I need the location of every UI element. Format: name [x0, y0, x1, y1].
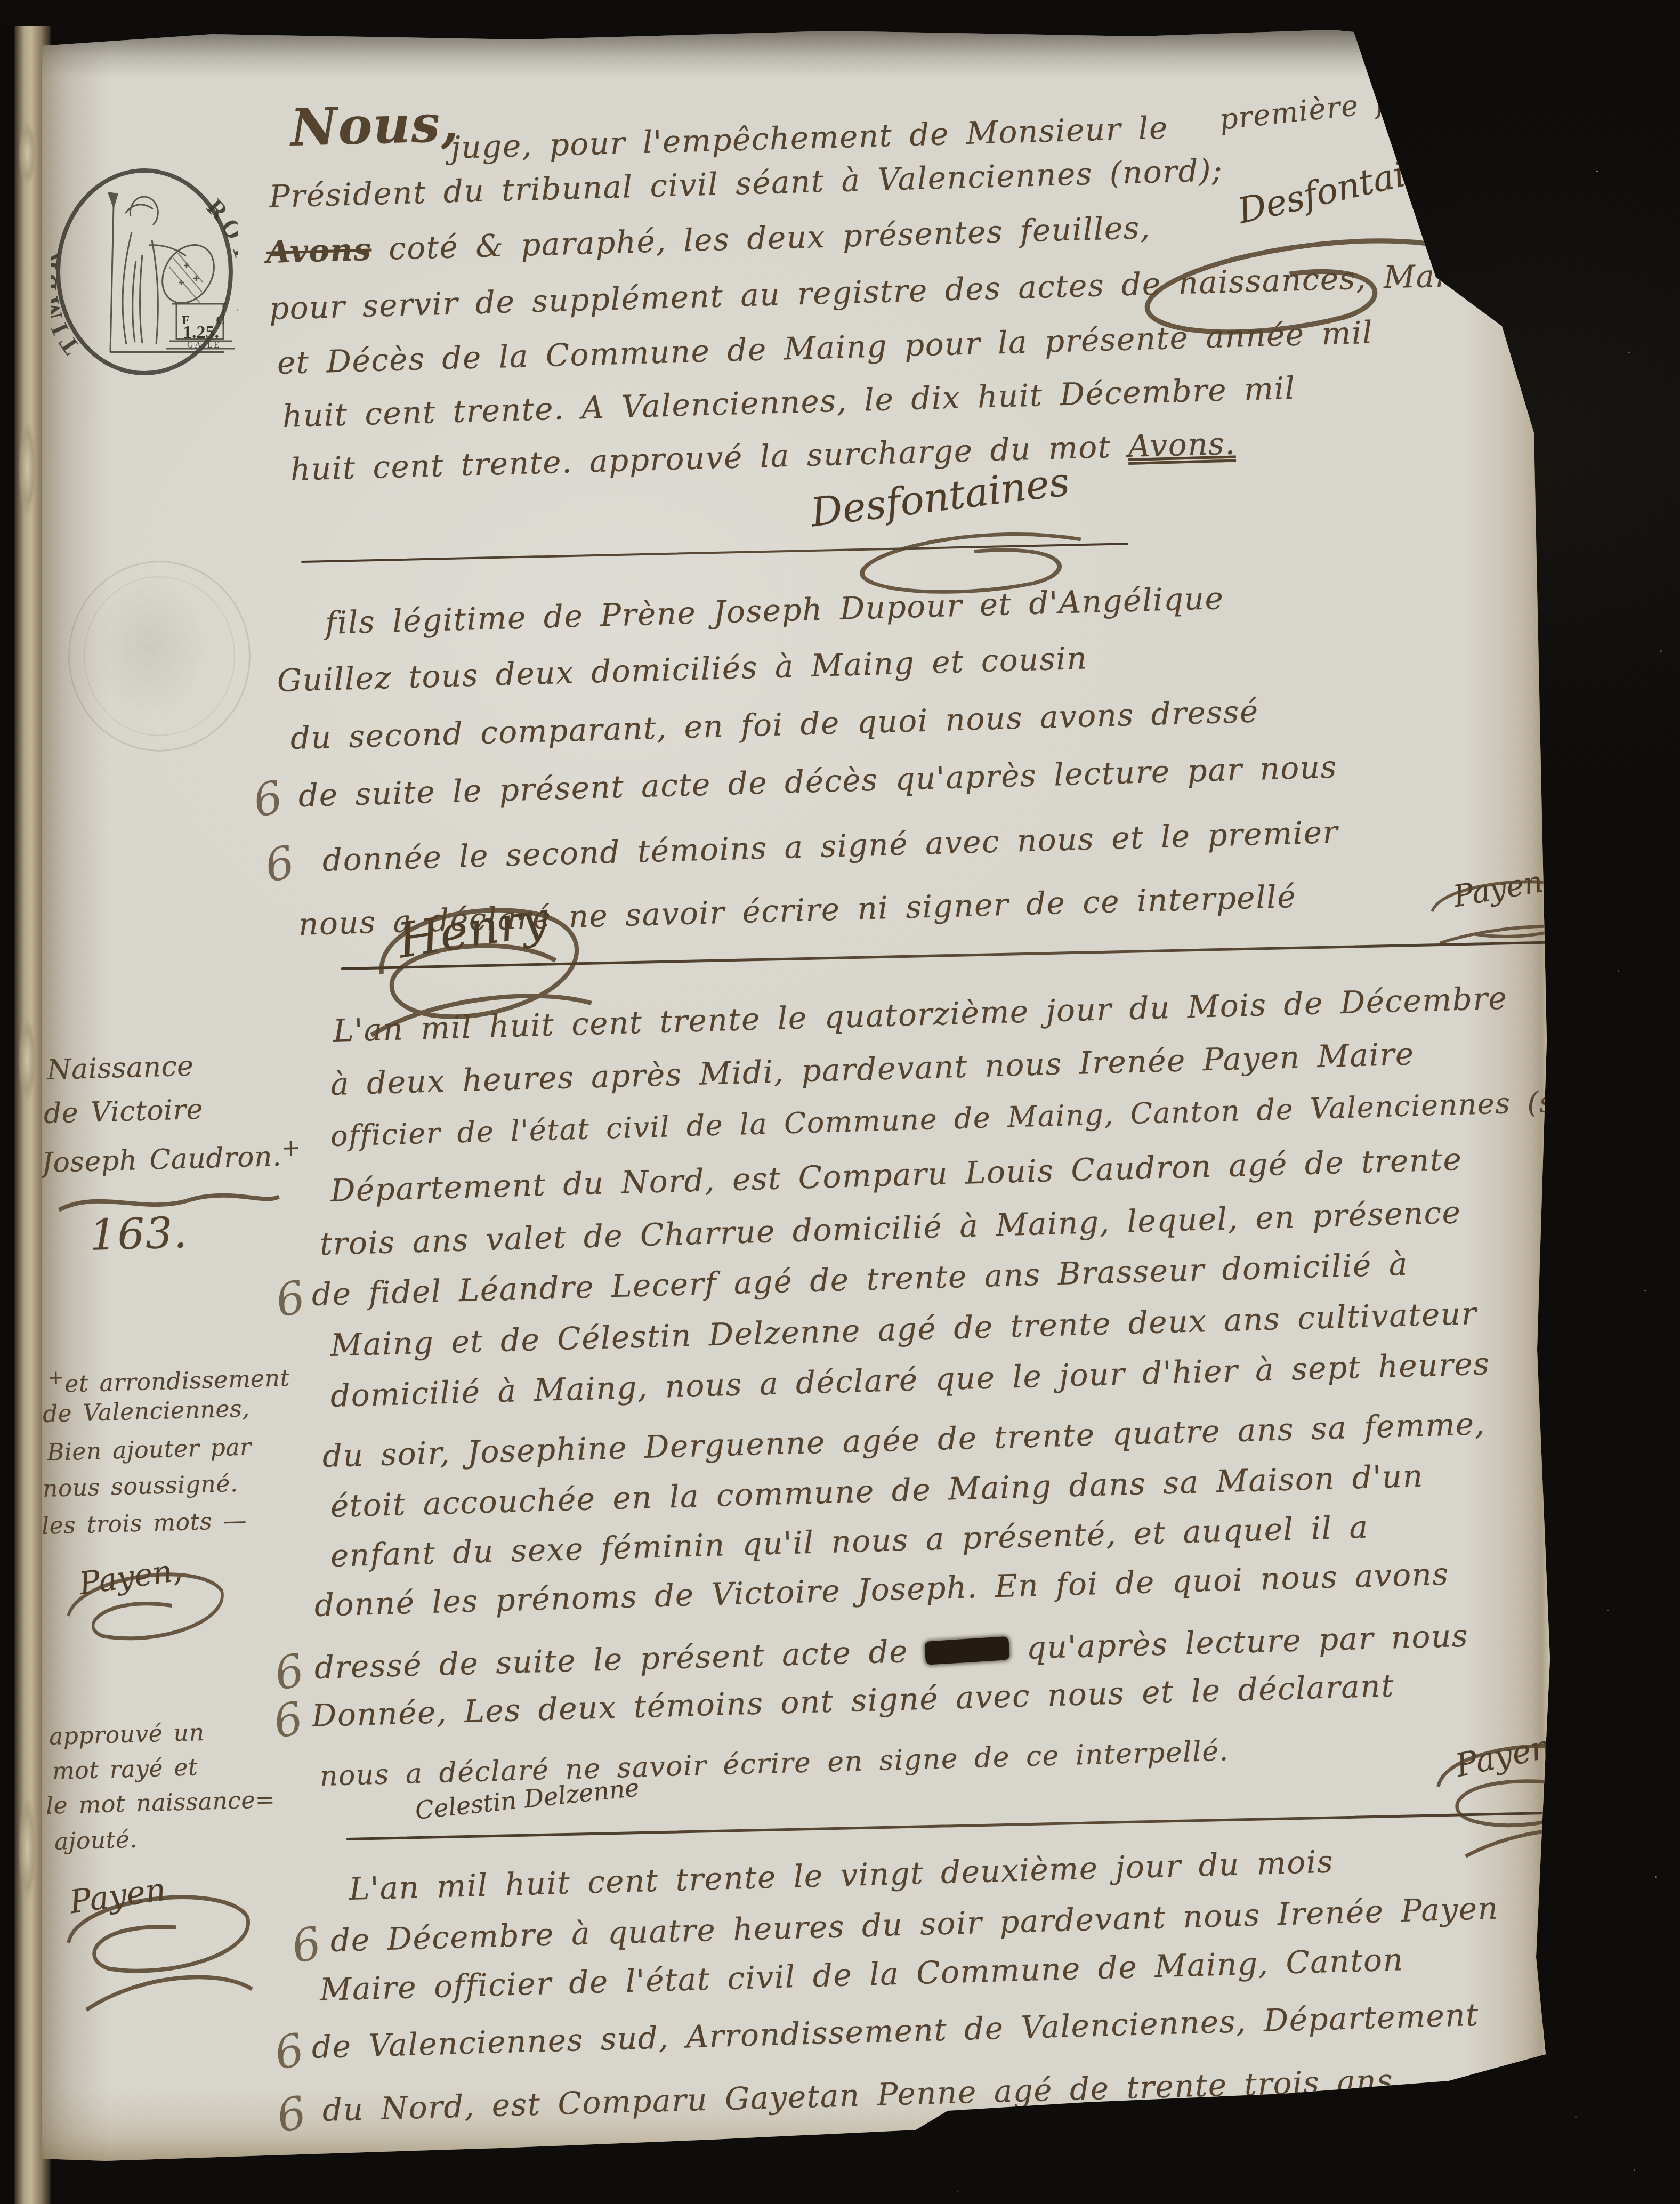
margin-note-line: approuvé un: [49, 1721, 205, 1749]
margin-note-line: les trois mots —: [41, 1509, 247, 1538]
margin-note-line: ajouté.: [54, 1828, 138, 1854]
margin-note-line: le mot naissance=: [45, 1788, 275, 1818]
margin-note-line: de Valenciennes,: [42, 1397, 250, 1426]
line-text: Joseph Caudron.: [41, 1141, 282, 1180]
signature-flourish: [1406, 1712, 1635, 1861]
svg-text:ROYAL.: ROYAL.: [201, 193, 238, 321]
signature-flourish: [1417, 857, 1609, 948]
margin-title-line: Naissance: [46, 1052, 194, 1084]
dust-speckles: [1596, 171, 1598, 172]
stamp-value: 1.25.: [183, 322, 219, 342]
signature-flourish: [42, 1866, 265, 2020]
underlined-word: Avons.: [1127, 425, 1236, 464]
renvoi-mark: +: [281, 1134, 301, 1161]
revenue-stamp: TIMBRE ROYAL. F C 1.25. GAILE: [51, 164, 238, 380]
stamp-arc-right-text: ROYAL.: [201, 193, 238, 321]
svg-text:TIMBRE: TIMBRE: [51, 164, 85, 360]
margin-note-line: Bien ajouter par: [46, 1435, 252, 1465]
ink-blot-strikeout: [925, 1636, 1010, 1665]
stamp-maker: GAILE: [187, 341, 221, 350]
margin-title-line: Joseph Caudron.+: [41, 1136, 302, 1177]
binding-fold: [18, 122, 36, 185]
margin-title-line: de Victoire: [43, 1096, 203, 1128]
margin-note-line: nous soussigné.: [42, 1472, 238, 1501]
margin-note-line: mot rayé et: [52, 1756, 198, 1783]
renvoi-mark: +: [47, 1366, 64, 1389]
blind-stamp: [68, 561, 251, 752]
scanned-register-page: { "stamp": { "arc_left": "TIMBRE", "arc_…: [0, 0, 1680, 2204]
manuscript-dropcap: Nous,: [290, 98, 460, 154]
binding-fold: [18, 420, 36, 516]
binding-fold: [18, 1795, 36, 1902]
paper-sheet: TIMBRE ROYAL. F C 1.25. GAILE: [42, 28, 1555, 2168]
stamp-arc-left-text: TIMBRE: [51, 164, 85, 360]
margin-act-number: 163.: [89, 1212, 188, 1257]
signature-flourish: [49, 1550, 241, 1651]
surcharged-word: Avons: [266, 231, 372, 270]
binding-fold: [18, 1017, 36, 1102]
